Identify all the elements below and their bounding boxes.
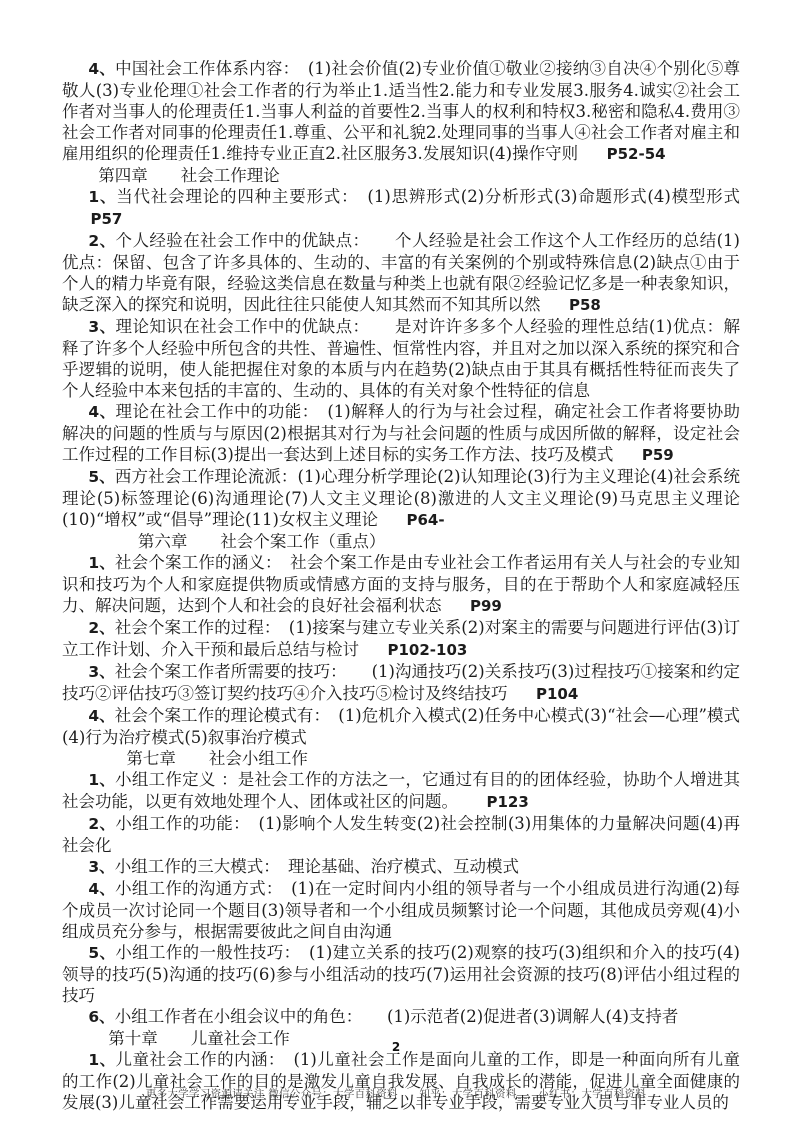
- page-footer: 更多大学学习资源请关注 微信公众号：大学百科资料 知乎：大学百科资料 小红书：大…: [0, 1086, 792, 1101]
- item-text: 社会个案工作的理论模式有： (1)危机介入模式(2)任务中心模式(3)“社会—心…: [62, 706, 740, 747]
- note-paragraph: 4、理论在社会工作中的功能： (1)解释人的行为与社会过程，确定社会工作者将要协…: [62, 401, 740, 466]
- chapter-heading: 第七章 社会小组工作: [62, 748, 740, 769]
- chapter-heading: 第六章 社会个案工作（重点）: [62, 531, 740, 552]
- note-paragraph: 2、小组工作的功能： (1)影响个人发生转变(2)社会控制(3)用集体的力量解决…: [62, 813, 740, 856]
- item-text: 儿童社会工作的内涵： (1)儿童社会工作是面向儿童的工作，即是一种面向所有儿童的…: [62, 1050, 740, 1112]
- item-text: 小组工作的三大模式： 理论基础、治疗模式、互动模式: [115, 857, 519, 876]
- item-number: 1、: [88, 188, 116, 206]
- item-number: 3、: [88, 318, 115, 336]
- item-number: 4、: [88, 60, 115, 78]
- item-text: 当代社会理论的四种主要形式： (1)思辨形式(2)分析形式(3)命题形式(4)模…: [116, 187, 740, 206]
- note-paragraph: 4、中国社会工作体系内容： (1)社会价值(2)专业价值①敬业②接纳③自决④个别…: [62, 58, 740, 165]
- page-reference: P58: [569, 296, 601, 314]
- item-number: 2、: [88, 815, 115, 833]
- chapter-title: 第四章 社会工作理论: [98, 166, 280, 185]
- note-paragraph: 2、个人经验在社会工作中的优缺点： 个人经验是社会工作这个人工作经历的总结(1)…: [62, 230, 740, 316]
- item-text: 小组工作者在小组会议中的角色： (1)示范者(2)促进者(3)调解人(4)支持者: [115, 1007, 679, 1026]
- item-number: 5、: [88, 468, 115, 486]
- note-paragraph: 3、社会个案工作者所需要的技巧： (1)沟通技巧(2)关系技巧(3)过程技巧①接…: [62, 661, 740, 705]
- note-paragraph: 1、儿童社会工作的内涵： (1)儿童社会工作是面向儿童的工作，即是一种面向所有儿…: [62, 1049, 740, 1113]
- note-paragraph: 3、小组工作的三大模式： 理论基础、治疗模式、互动模式: [62, 856, 740, 878]
- note-paragraph: 1、当代社会理论的四种主要形式： (1)思辨形式(2)分析形式(3)命题形式(4…: [62, 186, 740, 230]
- page-reference: P57: [91, 210, 123, 228]
- chapter-title: 第六章 社会个案工作（重点）: [138, 532, 386, 551]
- note-paragraph: 5、小组工作的一般性技巧： (1)建立关系的技巧(2)观察的技巧(3)组织和介入…: [62, 942, 740, 1006]
- item-text: 小组工作的一般性技巧： (1)建立关系的技巧(2)观察的技巧(3)组织和介入的技…: [62, 943, 740, 1005]
- item-number: 5、: [88, 944, 115, 962]
- page-reference: P104: [536, 685, 578, 703]
- item-text: 社会个案工作的涵义： 社会个案工作是由专业社会工作者运用有关人与社会的专业知识和…: [62, 553, 740, 615]
- chapter-heading: 第四章 社会工作理论: [62, 165, 740, 186]
- item-text: 理论在社会工作中的功能： (1)解释人的行为与社会过程，确定社会工作者将要协助解…: [62, 402, 740, 464]
- item-number: 3、: [88, 858, 114, 876]
- note-paragraph: 3、理论知识在社会工作中的优缺点： 是对许许多多个人经验的理性总结(1)优点：解…: [62, 316, 740, 401]
- item-text: 理论知识在社会工作中的优缺点： 是对许许多多个人经验的理性总结(1)优点：解释了…: [62, 317, 740, 400]
- item-text: 个人经验在社会工作中的优缺点： 个人经验是社会工作这个人工作经历的总结(1)优点…: [62, 231, 740, 314]
- document-body: 4、中国社会工作体系内容： (1)社会价值(2)专业价值①敬业②接纳③自决④个别…: [62, 58, 740, 1113]
- page-number: 2: [0, 1040, 792, 1054]
- note-paragraph: 4、小组工作的沟通方式： (1)在一定时间内小组的领导者与一个小组成员进行沟通(…: [62, 878, 740, 942]
- item-number: 2、: [88, 619, 114, 637]
- item-number: 2、: [88, 232, 115, 250]
- page-reference: P102-103: [388, 641, 468, 659]
- item-number: 4、: [88, 403, 115, 421]
- item-text: 小组工作的功能： (1)影响个人发生转变(2)社会控制(3)用集体的力量解决问题…: [62, 814, 740, 855]
- item-text: 小组工作的沟通方式： (1)在一定时间内小组的领导者与一个小组成员进行沟通(2)…: [62, 879, 740, 941]
- page-reference: P52-54: [607, 145, 666, 163]
- footer-text: 更多大学学习资源请关注 微信公众号：大学百科资料 知乎：大学百科资料 小红书：大…: [146, 1088, 646, 1100]
- chapter-title: 第七章 社会小组工作: [126, 749, 308, 768]
- note-paragraph: 6、小组工作者在小组会议中的角色： (1)示范者(2)促进者(3)调解人(4)支…: [62, 1006, 740, 1028]
- document-page: 4、中国社会工作体系内容： (1)社会价值(2)专业价值①敬业②接纳③自决④个别…: [0, 0, 792, 1122]
- note-paragraph: 5、西方社会工作理论流派：(1)心理分析学理论(2)认知理论(3)行为主义理论(…: [62, 466, 740, 531]
- item-number: 4、: [88, 707, 114, 725]
- note-paragraph: 1、小组工作定义 ：是社会工作的方法之一，它通过有目的的团体经验，协助个人增进其…: [62, 769, 740, 813]
- item-text: 社会个案工作者所需要的技巧： (1)沟通技巧(2)关系技巧(3)过程技巧①接案和…: [62, 662, 740, 703]
- item-number: 3、: [88, 663, 114, 681]
- item-number: 4、: [88, 880, 115, 898]
- note-paragraph: 4、社会个案工作的理论模式有： (1)危机介入模式(2)任务中心模式(3)“社会…: [62, 705, 740, 748]
- note-paragraph: 2、社会个案工作的过程： (1)接案与建立专业关系(2)对案主的需要与问题进行评…: [62, 617, 740, 661]
- item-text: 小组工作定义 ：是社会工作的方法之一，它通过有目的的团体经验，协助个人增进其社会…: [62, 770, 740, 811]
- note-paragraph: 1、社会个案工作的涵义： 社会个案工作是由专业社会工作者运用有关人与社会的专业知…: [62, 552, 740, 617]
- page-reference: P64-: [406, 511, 444, 529]
- item-number: 1、: [88, 771, 115, 789]
- page-reference: P59: [642, 446, 674, 464]
- item-number: 6、: [88, 1008, 114, 1026]
- item-number: 1、: [88, 554, 115, 572]
- item-text: 西方社会工作理论流派：(1)心理分析学理论(2)认知理论(3)行为主义理论(4)…: [62, 467, 740, 529]
- page-reference: P99: [470, 597, 502, 615]
- page-reference: P123: [487, 793, 529, 811]
